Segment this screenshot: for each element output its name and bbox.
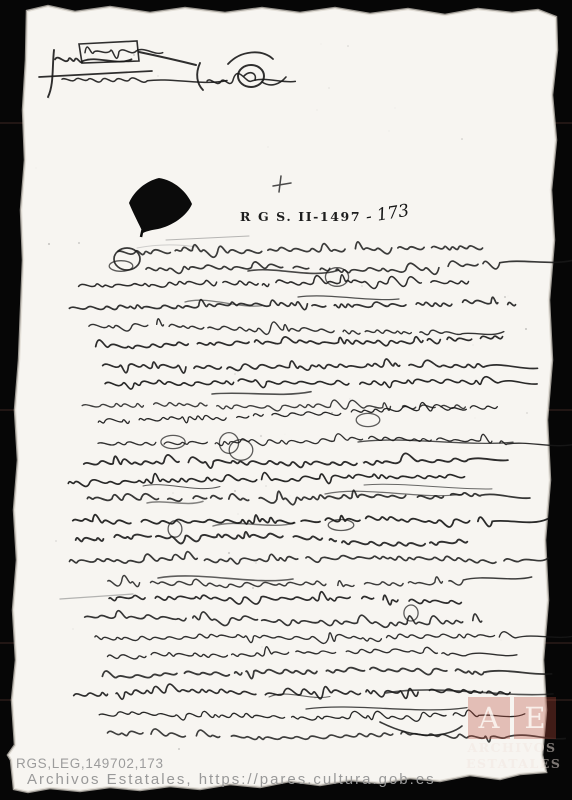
logo-caption-line1: ARCHIVOS [466, 741, 558, 755]
logo-letter-e: E [524, 704, 545, 733]
stamp-reference-text: R G S. II-1497 [240, 209, 361, 224]
archive-stamp: R G S. II-1497- 173 [240, 206, 410, 226]
watermark-reference-code: RGS,LEG,149702,173 [16, 756, 164, 771]
archivos-estatales-logo: A E ARCHIVOS ESTATALES [466, 697, 558, 772]
logo-caption-line2: ESTATALES [466, 757, 558, 771]
watermark-attribution-url: Archivos Estatales, https://pares.cultur… [27, 771, 436, 788]
archival-scan-viewport: R G S. II-1497- 173 RGS,LEG,149702,173 A… [0, 0, 572, 800]
logo-letter-a: A [479, 704, 500, 733]
paper-edge-shading [8, 6, 557, 792]
logo-letter-e-box: E [514, 697, 556, 739]
logo-letter-a-box: A [468, 697, 510, 739]
manuscript-scan-canvas [0, 0, 572, 800]
logo-letter-boxes: A E [466, 697, 558, 739]
